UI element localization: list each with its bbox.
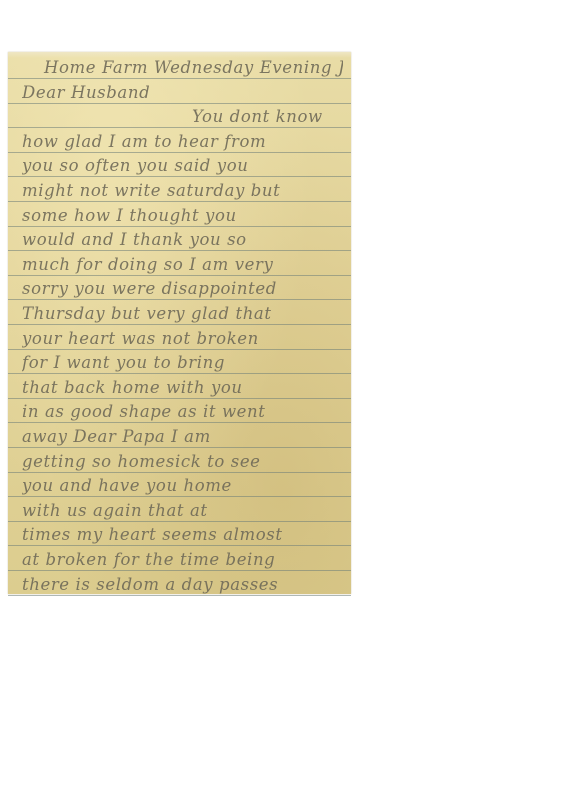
- handwritten-line: times my heart seems almost: [22, 523, 343, 547]
- handwritten-line: how glad I am to hear from: [22, 130, 343, 154]
- handwritten-line: for I want you to bring: [22, 351, 343, 375]
- handwritten-line: away Dear Papa I am: [22, 425, 343, 449]
- handwritten-line: Thursday but very glad that: [22, 302, 343, 326]
- handwritten-line: would and I thank you so: [22, 228, 343, 252]
- handwritten-line: some how I thought you: [22, 204, 343, 228]
- handwritten-line: that back home with you: [22, 376, 343, 400]
- handwritten-line: you and have you home: [22, 474, 343, 498]
- handwritten-line: much for doing so I am very: [22, 253, 343, 277]
- handwritten-line: might not write saturday but: [22, 179, 343, 203]
- handwritten-line: at broken for the time being: [22, 548, 343, 572]
- handwritten-line: Dear Husband: [22, 81, 343, 105]
- handwritten-line: Home Farm Wednesday Evening Jan 29: [22, 56, 343, 80]
- letter-page: Home Farm Wednesday Evening Jan 29Dear H…: [8, 52, 351, 594]
- handwritten-line: there is seldom a day passes: [22, 573, 343, 597]
- handwritten-line: your heart was not broken: [22, 327, 343, 351]
- handwritten-line: with us again that at: [22, 499, 343, 523]
- handwritten-line: getting so homesick to see: [22, 450, 343, 474]
- handwritten-line: You dont know: [22, 105, 343, 129]
- handwritten-line: in as good shape as it went: [22, 400, 343, 424]
- handwritten-line: sorry you were disappointed: [22, 277, 343, 301]
- handwritten-line: you so often you said you: [22, 154, 343, 178]
